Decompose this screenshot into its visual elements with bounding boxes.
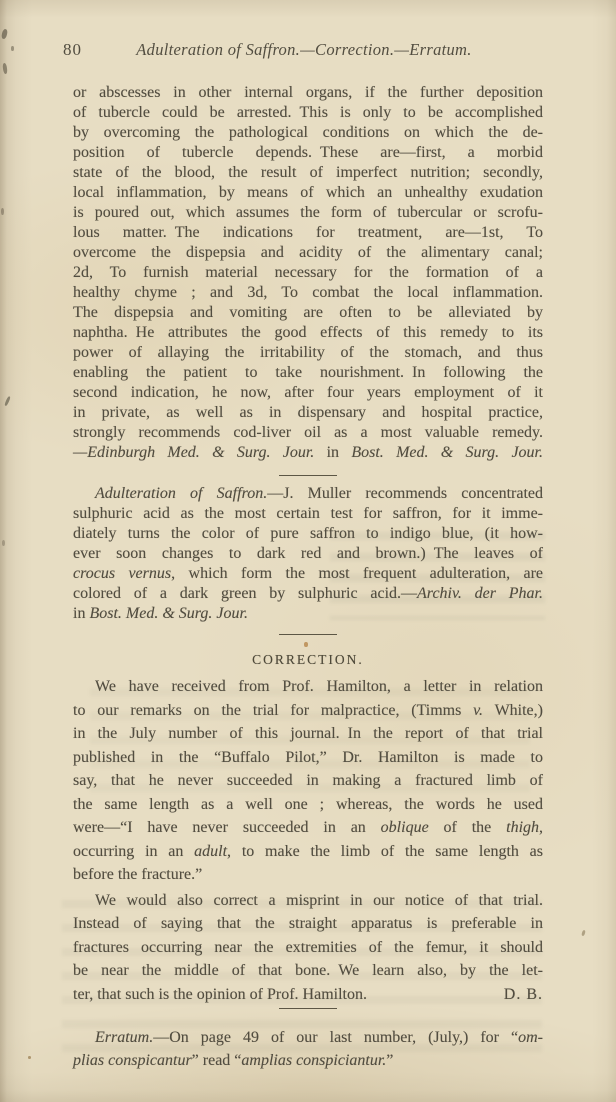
text-line: in the July number of this journal. In t… — [73, 722, 543, 746]
text-line: by overcoming the pathological condition… — [73, 123, 543, 143]
text-segment: enabling the patient to take nourishment… — [73, 364, 543, 381]
text-segment: overcome the dispepsia and acidity of th… — [73, 244, 543, 261]
text-line: 2d, To furnish material necessary for th… — [73, 263, 543, 283]
text-segment: amplias conspiciantur. — [241, 1052, 386, 1069]
text-segment: crocus vernus — [73, 565, 171, 582]
text-segment: colored of a dark green by sulphuric aci… — [73, 585, 417, 602]
text-segment: is poured out, which assumes the form of… — [73, 204, 543, 221]
text-line: be near the middle of that bone. We lear… — [73, 959, 543, 983]
ink-speck — [1, 29, 8, 40]
text-line: state of the blood, the result of imperf… — [73, 163, 543, 183]
text-segment: fractures occurring near the extremities… — [73, 939, 543, 956]
text-line: —Edinburgh Med. & Surg. Jour. in Bost. M… — [73, 443, 543, 463]
ink-speck — [2, 540, 5, 546]
page-header: 80 Adulteration of Saffron.—Correction.—… — [63, 40, 545, 60]
text-segment: ” read “ — [192, 1052, 242, 1069]
section-divider — [279, 475, 337, 476]
text-segment: adult — [194, 843, 227, 860]
text-segment: in — [314, 444, 351, 461]
text-segment: , — [539, 819, 543, 836]
text-segment: be near the middle of that bone. We lear… — [73, 962, 543, 979]
paragraph-adulteration-of-saffron: Adulteration of Saffron.—J. Muller recom… — [73, 484, 543, 624]
text-segment: —On page 49 of our last number, (July,) … — [153, 1029, 518, 1046]
text-segment: oblique — [381, 819, 429, 836]
text-segment: Erratum. — [95, 1029, 153, 1046]
text-segment: White,) — [483, 702, 543, 719]
paragraph-correction-1: We have received from Prof. Hamilton, a … — [73, 675, 543, 887]
ink-speck — [1, 208, 4, 215]
text-segment: The dispepsia and vomiting are often to … — [73, 304, 543, 321]
text-segment: ever soon changes to dark red and brown.… — [73, 545, 543, 562]
text-line: power of allaying the irritability of th… — [73, 343, 543, 363]
running-title: Adulteration of Saffron.—Correction.—Err… — [136, 40, 471, 60]
text-segment: We have received from Prof. Hamilton, a … — [95, 678, 543, 695]
text-segment: Adulteration of Saffron. — [95, 485, 267, 502]
text-segment: in — [73, 605, 89, 622]
text-segment: say, that he never succeeded in making a… — [73, 772, 543, 789]
text-segment: in private, as well as in dispensary and… — [73, 404, 543, 421]
text-line: of tubercle could be arrested. This is o… — [73, 103, 543, 123]
text-segment: thigh — [506, 819, 539, 836]
text-segment: 2d, To furnish material necessary for th… — [73, 264, 543, 281]
text-segment: Instead of saying that the straight appa… — [73, 915, 543, 932]
text-line: occurring in an adult, to make the limb … — [73, 840, 543, 864]
text-segment: sulphuric acid as the most certain test … — [73, 505, 543, 522]
text-line: position of tubercle depends. These are—… — [73, 143, 543, 163]
text-line: diately turns the color of pure saffron … — [73, 524, 543, 544]
section-divider — [279, 1008, 337, 1009]
text-line: colored of a dark green by sulphuric aci… — [73, 584, 543, 604]
text-segment: We would also correct a misprint in our … — [95, 892, 543, 909]
text-segment: by overcoming the pathological condition… — [73, 124, 543, 141]
text-segment: , to make the limb of the same length as — [227, 843, 543, 860]
scanned-page: 80 Adulteration of Saffron.—Correction.—… — [0, 0, 616, 1102]
text-line: is poured out, which assumes the form of… — [73, 203, 543, 223]
text-line: in Bost. Med. & Surg. Jour. — [73, 604, 543, 624]
text-segment: local inflammation, by means of which an… — [73, 184, 543, 201]
text-line: or abscesses in other internal organs, i… — [73, 83, 543, 103]
ink-speck — [2, 63, 7, 74]
paragraph-tubercle-treatment: or abscesses in other internal organs, i… — [73, 83, 543, 463]
text-line: before the fracture.” — [73, 863, 543, 887]
text-segment: —Edinburgh Med. & Surg. Jour. — [73, 444, 314, 461]
text-line: overcome the dispepsia and acidity of th… — [73, 243, 543, 263]
section-heading: CORRECTION. — [73, 652, 543, 668]
page-number: 80 — [63, 40, 82, 60]
text-segment: —J. Muller recommends concentrated — [267, 485, 543, 502]
text-segment: om- — [518, 1029, 543, 1046]
text-line: naphtha. He attributes the good effects … — [73, 323, 543, 343]
author-initials: D. B. — [504, 983, 543, 1007]
text-segment: plias conspicantur — [73, 1052, 192, 1069]
text-segment: in the July number of this journal. In t… — [73, 725, 543, 742]
text-line: enabling the patient to take nourishment… — [73, 363, 543, 383]
text-segment: Archiv. der Phar. — [417, 585, 543, 602]
stain-speck — [28, 1056, 31, 1059]
text-segment: lous matter. The indications for treatme… — [73, 224, 543, 241]
ink-speck — [581, 930, 586, 937]
text-segment: naphtha. He attributes the good effects … — [73, 324, 543, 341]
text-line: The dispepsia and vomiting are often to … — [73, 303, 543, 323]
text-line: in private, as well as in dispensary and… — [73, 403, 543, 423]
text-line: healthy chyme ; and 3d, To combat the lo… — [73, 283, 543, 303]
text-line: strongly recommends cod-liver oil as a m… — [73, 423, 543, 443]
text-segment: of the — [429, 819, 506, 836]
paragraph-correction-2: We would also correct a misprint in our … — [73, 889, 543, 1007]
text-segment: of tubercle could be arrested. This is o… — [73, 104, 543, 121]
ink-speck — [4, 396, 10, 406]
text-line: fractures occurring near the extremities… — [73, 936, 543, 960]
text-segment: published in the “Buffalo Pilot,” Dr. Ha… — [73, 749, 543, 766]
text-segment: or abscesses in other internal organs, i… — [73, 84, 543, 101]
text-line: the same length as a well one ; whereas,… — [73, 793, 543, 817]
text-line: say, that he never succeeded in making a… — [73, 769, 543, 793]
text-line: sulphuric acid as the most certain test … — [73, 504, 543, 524]
text-line: second indication, he now, after four ye… — [73, 383, 543, 403]
text-line: lous matter. The indications for treatme… — [73, 223, 543, 243]
text-segment: power of allaying the irritability of th… — [73, 344, 543, 361]
text-segment: the same length as a well one ; whereas,… — [73, 796, 543, 813]
text-segment: ter, that such is the opinion of Prof. H… — [73, 986, 367, 1003]
text-column: or abscesses in other internal organs, i… — [73, 83, 543, 1072]
text-segment: healthy chyme ; and 3d, To combat the lo… — [73, 284, 543, 301]
text-line: We would also correct a misprint in our … — [73, 889, 543, 913]
text-segment: strongly recommends cod-liver oil as a m… — [73, 424, 543, 441]
text-segment: Bost. Med. & Surg. Jour. — [89, 605, 248, 622]
text-line: to our remarks on the trial for malpract… — [73, 699, 543, 723]
text-line: Instead of saying that the straight appa… — [73, 912, 543, 936]
text-segment: before the fracture.” — [73, 866, 202, 883]
text-line: We have received from Prof. Hamilton, a … — [73, 675, 543, 699]
paragraph-erratum: Erratum.—On page 49 of our last number, … — [73, 1026, 543, 1072]
text-segment: diately turns the color of pure saffron … — [73, 525, 543, 542]
text-segment: , which form the most frequent adulterat… — [171, 565, 543, 582]
text-segment: Bost. Med. & Surg. Jour. — [351, 444, 543, 461]
text-line: ever soon changes to dark red and brown.… — [73, 544, 543, 564]
text-line: ter, that such is the opinion of Prof. H… — [73, 983, 543, 1007]
stain-speck — [304, 642, 308, 647]
text-segment: v. — [473, 702, 483, 719]
text-segment: occurring in an — [73, 843, 194, 860]
text-segment: second indication, he now, after four ye… — [73, 384, 543, 401]
section-divider — [279, 634, 337, 635]
text-segment: position of tubercle depends. These are—… — [73, 144, 543, 161]
text-segment: to our remarks on the trial for malpract… — [73, 702, 473, 719]
text-line: Erratum.—On page 49 of our last number, … — [73, 1026, 543, 1049]
text-segment: were—“I have never succeeded in an — [73, 819, 381, 836]
text-line: local inflammation, by means of which an… — [73, 183, 543, 203]
text-segment: state of the blood, the result of imperf… — [73, 164, 543, 181]
text-line: published in the “Buffalo Pilot,” Dr. Ha… — [73, 746, 543, 770]
text-line: crocus vernus, which form the most frequ… — [73, 564, 543, 584]
ink-speck — [11, 46, 14, 51]
text-line: plias conspicantur” read “amplias conspi… — [73, 1049, 543, 1072]
text-line: Adulteration of Saffron.—J. Muller recom… — [73, 484, 543, 504]
text-segment: ” — [386, 1052, 393, 1069]
text-line: were—“I have never succeeded in an obliq… — [73, 816, 543, 840]
